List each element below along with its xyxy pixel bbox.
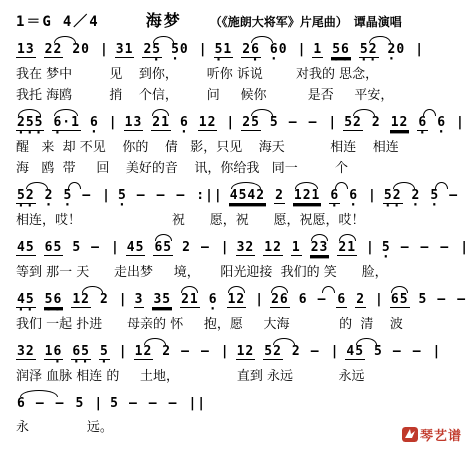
lyric-line: 我们 一起 扑进 母亲的 怀 抱，愿 大海 的 清 波: [16, 316, 464, 333]
octave-dots: [110, 255, 112, 261]
note-digits: |: [327, 115, 338, 130]
note-digits: –: [55, 396, 66, 411]
note-token: 2: [274, 188, 285, 210]
octave-dots: ··: [16, 204, 36, 210]
note-token: 52: [263, 344, 283, 366]
dash-hold: –: [310, 344, 321, 365]
note-digits: –: [317, 292, 328, 307]
barline: |: [432, 344, 443, 365]
octave-dots: [227, 308, 229, 314]
octave-dots: [436, 307, 438, 313]
barline: |: [330, 344, 341, 365]
octave-dots: [317, 307, 319, 313]
note-digits: –: [200, 240, 211, 255]
octave-dots: ·: [241, 58, 261, 64]
note-token: 5·: [99, 344, 110, 366]
note-token: 13: [16, 42, 36, 64]
octave-dots: ·: [436, 130, 447, 136]
note-token: 45: [126, 240, 146, 262]
octave-dots: [308, 130, 310, 136]
octave-dots: [327, 130, 329, 136]
note-digits: |: [110, 240, 121, 255]
octave-dots: [187, 411, 189, 417]
octave-dots: ·: [417, 131, 428, 137]
note-digits: 12: [134, 344, 154, 360]
dash-hold: –: [308, 115, 319, 136]
barline: ||: [187, 396, 207, 417]
octave-dots: [126, 256, 128, 262]
barline: |: [220, 344, 231, 365]
note-token: 56··: [331, 42, 351, 64]
octave-dots: [109, 411, 111, 417]
dash-hold: –: [148, 396, 159, 417]
octave-dots: [198, 131, 200, 137]
octave-dots: [373, 359, 375, 365]
note-digits: 12: [263, 240, 283, 256]
note-digits: 12: [71, 292, 91, 308]
note-digits: 52: [343, 115, 363, 131]
octave-dots: [367, 203, 369, 209]
note-token: 6·: [436, 115, 447, 136]
note-digits: –: [175, 188, 186, 203]
note-digits: 52: [263, 344, 283, 360]
note-digits: 21: [337, 240, 357, 256]
octave-dots: [355, 308, 357, 314]
note-token: 13: [124, 115, 144, 137]
note-token: 56··: [44, 292, 64, 314]
music-line: 45655–|45652–|321212321|5·–––|: [16, 233, 464, 262]
octave-dots: [269, 130, 271, 136]
note-digits: 6: [16, 396, 27, 411]
octave-dots: [291, 359, 293, 365]
octave-dots: ·: [387, 57, 407, 63]
octave-dots: [71, 57, 73, 63]
time-signature: 4／4: [63, 11, 100, 31]
octave-dots: [263, 256, 265, 262]
note-token: 35: [152, 292, 172, 314]
octave-dots: [108, 130, 110, 136]
note-token: 2: [291, 344, 302, 365]
octave-dots: [418, 307, 420, 313]
note-digits: 5: [74, 396, 85, 411]
dash-hold: –: [436, 292, 447, 313]
barline: |: [99, 42, 110, 63]
octave-dots: [390, 308, 392, 314]
octave-dots: ·: [62, 203, 73, 209]
note-token: 32: [16, 344, 36, 366]
note-digits: –: [148, 396, 159, 411]
dash-hold: –: [412, 344, 423, 365]
note-token: 12: [227, 292, 247, 314]
octave-dots: [101, 203, 103, 209]
note-token: 23: [310, 240, 330, 262]
note-digits: –: [200, 344, 211, 359]
note-token: 51·: [214, 42, 234, 64]
note-digits: –: [420, 240, 431, 255]
note-token: 5·: [381, 240, 392, 261]
note-token: 65: [390, 292, 410, 314]
dash-hold: –: [439, 240, 450, 261]
octave-dots: ·: [329, 204, 340, 210]
octave-dots: ·: [44, 360, 64, 366]
note-token: 4542: [229, 188, 266, 210]
note-digits: 5: [373, 344, 384, 359]
octave-dots: ··: [359, 58, 379, 64]
octave-dots: [16, 411, 18, 417]
octave-dots: [175, 203, 177, 209]
barline: |: [327, 115, 338, 136]
octave-dots: [336, 308, 338, 314]
note-token: 3: [134, 292, 145, 314]
note-token: 121: [293, 188, 321, 210]
note-digits: 5: [269, 115, 280, 130]
note-digits: 2: [99, 292, 110, 307]
octave-dots: [288, 130, 290, 136]
note-token: 16 ·: [44, 344, 64, 366]
note-token: 52··: [359, 42, 379, 64]
note-token: 50·: [170, 42, 190, 63]
octave-dots: ·: [117, 203, 128, 209]
note-token: 65··: [71, 344, 91, 366]
note-digits: –: [439, 240, 450, 255]
barline: |: [365, 240, 376, 261]
octave-dots: [456, 307, 458, 313]
note-token: 12: [198, 115, 218, 137]
note-token: 21: [180, 292, 200, 314]
octave-dots: [297, 57, 299, 63]
barline: |: [455, 115, 466, 136]
note-digits: 2: [274, 188, 285, 204]
note-token: 5·: [429, 188, 440, 209]
dash-hold: –: [392, 344, 403, 365]
note-digits: 32: [236, 240, 256, 256]
note-token: 2: [99, 292, 110, 313]
barline: |: [108, 115, 119, 136]
note-digits: –: [288, 115, 299, 130]
note-digits: 45: [16, 240, 36, 256]
note-digits: –: [156, 188, 167, 203]
note-digits: 1: [291, 240, 302, 256]
note-digits: |: [220, 344, 231, 359]
dash-hold: –: [156, 188, 167, 209]
barline: :||: [195, 188, 223, 209]
note-digits: ||: [187, 396, 207, 411]
note-token: 2: [371, 115, 382, 136]
note-token: 52··: [383, 188, 403, 210]
octave-dots: [55, 411, 57, 417]
octave-dots: [236, 360, 238, 366]
octave-dots: ··: [383, 204, 403, 210]
note-digits: |: [414, 42, 425, 57]
note-digits: 12: [227, 292, 247, 308]
octave-dots: [16, 256, 18, 262]
dash-hold: –: [35, 396, 46, 417]
note-token: 6·: [179, 115, 190, 136]
note-token: 5: [74, 396, 85, 417]
note-token: 45··: [16, 292, 36, 314]
octave-dots: [270, 308, 272, 314]
note-token: 52··: [16, 188, 36, 210]
octave-dots: ·: [52, 131, 80, 137]
octave-dots: [274, 204, 276, 210]
sheet-music-page: 1＝G 4／4 海梦 （《施朗大将军》片尾曲） 谭晶演唱 132220|3125…: [0, 0, 470, 450]
qinyipu-logo-icon: [402, 427, 418, 442]
note-token: 2: [161, 344, 172, 365]
note-digits: |: [99, 42, 110, 57]
octave-dots: [35, 411, 37, 417]
note-digits: |: [367, 188, 378, 203]
note-token: 22: [44, 42, 64, 64]
note-digits: 65: [44, 240, 64, 256]
note-token: 6: [16, 396, 27, 417]
dash-hold: –: [400, 240, 411, 261]
key-signature: 1＝G: [16, 11, 53, 31]
music-line: 52··2·5·–|5·–––:||454221216·6·|52··2·5·–…: [16, 181, 464, 210]
note-digits: –: [168, 396, 179, 411]
dash-hold: –: [456, 292, 467, 313]
note-token: 5: [109, 396, 120, 417]
note-digits: –: [180, 344, 191, 359]
octave-dots: ·: [348, 203, 359, 209]
note-digits: |: [118, 292, 129, 307]
note-token: 2·: [411, 188, 422, 209]
note-digits: |: [330, 344, 341, 359]
note-digits: 23: [310, 240, 330, 256]
octave-dots: [99, 57, 101, 63]
octave-dots: ·: [214, 58, 234, 64]
octave-dots: [390, 131, 392, 137]
lyric-line: 等到 那一 天 走出梦 境， 阳光迎接 我们的 笑 脸，: [16, 264, 464, 281]
octave-dots: [200, 255, 202, 261]
octave-dots: [71, 308, 73, 314]
watermark-text: 琴艺谱: [420, 425, 462, 444]
octave-dots: [293, 204, 295, 210]
note-token: 21: [151, 115, 171, 137]
note-token: 12: [71, 292, 91, 314]
note-digits: –: [448, 188, 459, 203]
octave-dots: ·: [381, 255, 392, 261]
octave-dots: [365, 255, 367, 261]
dash-hold: –: [420, 240, 431, 261]
note-digits: –: [310, 344, 321, 359]
note-digits: –: [436, 292, 447, 307]
note-token: 6·: [89, 115, 100, 136]
note-digits: 2: [181, 240, 192, 255]
octave-dots: [118, 307, 120, 313]
note-token: 6·1·: [52, 115, 80, 137]
octave-dots: [156, 203, 158, 209]
note-digits: |: [225, 115, 236, 130]
note-digits: 6: [298, 292, 309, 307]
note-token: 6·: [417, 115, 428, 137]
note-digits: 21: [151, 115, 171, 131]
note-token: 5·: [117, 188, 128, 209]
dash-hold: –: [175, 188, 186, 209]
octave-dots: [343, 131, 345, 137]
barline: |: [297, 42, 308, 63]
octave-dots: [330, 359, 332, 365]
note-digits: 35: [152, 292, 172, 308]
octave-dots: ·: [142, 58, 162, 64]
note-token: 65: [44, 240, 64, 262]
note-digits: –: [35, 396, 46, 411]
note-digits: 12: [390, 115, 410, 131]
note-token: 5: [71, 240, 82, 261]
octave-dots: ·: [89, 130, 100, 136]
note-token: 2·: [44, 188, 55, 209]
music-line: 6––5|5–––||: [16, 389, 464, 417]
octave-dots: [168, 411, 170, 417]
octave-dots: [74, 411, 76, 417]
dash-hold: –: [168, 396, 179, 417]
note-token: 6·: [329, 188, 340, 210]
octave-dots: [374, 307, 376, 313]
note-digits: 65: [390, 292, 410, 308]
note-digits: |: [93, 396, 104, 411]
note-token: 1: [312, 42, 323, 64]
note-digits: 2: [355, 292, 366, 308]
note-token: 31: [115, 42, 135, 64]
note-digits: 6: [336, 292, 347, 308]
note-digits: 13: [124, 115, 144, 131]
note-token: 6: [298, 292, 309, 313]
note-token: 32: [236, 240, 256, 262]
octave-dots: [71, 255, 73, 261]
octave-dots: [459, 255, 461, 261]
note-digits: –: [136, 188, 147, 203]
dash-hold: –: [288, 115, 299, 136]
barline: |: [118, 292, 129, 313]
note-token: 65: [153, 240, 173, 262]
note-token: 26: [270, 292, 290, 314]
octave-dots: [16, 360, 18, 366]
octave-dots: [195, 203, 197, 209]
note-token: 2: [355, 292, 366, 314]
note-digits: 1: [312, 42, 323, 58]
octave-dots: [161, 359, 163, 365]
note-digits: 21: [180, 292, 200, 308]
note-digits: |: [297, 42, 308, 57]
note-token: 60·: [269, 42, 289, 63]
dash-hold: –: [136, 188, 147, 209]
note-digits: 3: [134, 292, 145, 308]
note-digits: 45: [345, 344, 365, 360]
note-digits: 2: [161, 344, 172, 359]
note-digits: –: [90, 240, 101, 255]
note-digits: 32: [16, 344, 36, 360]
lyric-line: 海 鸥 带 回 美好的音 讯，你给我 同一 个: [16, 160, 464, 177]
note-token: 5: [269, 115, 280, 136]
octave-dots: ·: [44, 203, 55, 209]
barline: |: [254, 292, 265, 313]
octave-dots: [93, 411, 95, 417]
note-token: 25 ·: [142, 42, 162, 64]
note-token: 12: [263, 240, 283, 262]
octave-dots: [198, 57, 200, 63]
octave-dots: [439, 255, 441, 261]
note-digits: 26: [270, 292, 290, 308]
octave-dots: [455, 130, 457, 136]
octave-dots: [414, 57, 416, 63]
octave-dots: [118, 359, 120, 365]
note-digits: 22: [44, 42, 64, 58]
note-digits: 20: [71, 42, 91, 57]
dash-hold: –: [200, 344, 211, 365]
note-token: 6: [336, 292, 347, 314]
note-digits: 13: [16, 42, 36, 58]
octave-dots: [400, 255, 402, 261]
note-token: 1: [291, 240, 302, 262]
note-digits: |: [365, 240, 376, 255]
note-digits: |: [254, 292, 265, 307]
watermark: 琴艺谱: [402, 425, 462, 444]
octave-dots: [412, 359, 414, 365]
note-digits: 12: [236, 344, 256, 360]
octave-dots: [136, 203, 138, 209]
dash-hold: –: [81, 188, 92, 209]
note-token: 45: [16, 240, 36, 262]
song-subtitle: （《施朗大将军》片尾曲）: [210, 13, 348, 30]
barline: |: [414, 42, 425, 63]
octave-dots: [220, 255, 222, 261]
octave-dots: [420, 255, 422, 261]
octave-dots: [90, 255, 92, 261]
note-token: 5·: [62, 188, 73, 209]
lyric-line: 醒 来 却 不见 你的 倩 影，只见 海天 相连 相连: [16, 139, 464, 156]
note-digits: |: [432, 344, 443, 359]
barline: |: [101, 188, 112, 209]
note-digits: 25: [241, 115, 261, 131]
octave-dots: [254, 307, 256, 313]
barline: |: [374, 292, 385, 313]
octave-dots: [229, 204, 231, 210]
lyric-line: 我托 海鸥 捎 个信， 问 候你 是否 平安，: [16, 87, 464, 104]
octave-dots: [220, 359, 222, 365]
dash-hold: –: [90, 240, 101, 261]
note-digits: –: [128, 396, 139, 411]
note-digits: –: [392, 344, 403, 359]
octave-dots: ·: [208, 307, 219, 313]
octave-dots: [263, 360, 265, 366]
lyric-line: 润泽 血脉 相连 的 土地， 直到 永远 永远: [16, 368, 464, 385]
note-digits: |: [459, 240, 470, 255]
octave-dots: [236, 256, 238, 262]
octave-dots: [44, 58, 46, 64]
octave-dots: ··: [331, 58, 351, 64]
dash-hold: –: [448, 188, 459, 209]
octave-dots: [225, 130, 227, 136]
note-digits: 121: [293, 188, 321, 204]
note-digits: |: [198, 42, 209, 57]
note-digits: |: [118, 344, 129, 359]
note-token: 12: [390, 115, 410, 137]
dash-hold: –: [317, 292, 328, 313]
note-digits: |: [108, 115, 119, 130]
octave-dots: [448, 203, 450, 209]
octave-dots: [310, 256, 312, 262]
octave-dots: [16, 58, 18, 64]
barline: |: [225, 115, 236, 136]
octave-dots: [200, 359, 202, 365]
note-digits: 65: [153, 240, 173, 256]
barline: |: [198, 42, 209, 63]
music-line: 3216 ·65··5·|122––|12522–|455––|: [16, 337, 464, 366]
song-title: 海梦: [146, 8, 182, 31]
note-digits: 12: [198, 115, 218, 131]
octave-dots: [134, 308, 136, 314]
octave-dots: [153, 256, 155, 262]
octave-dots: [181, 255, 183, 261]
